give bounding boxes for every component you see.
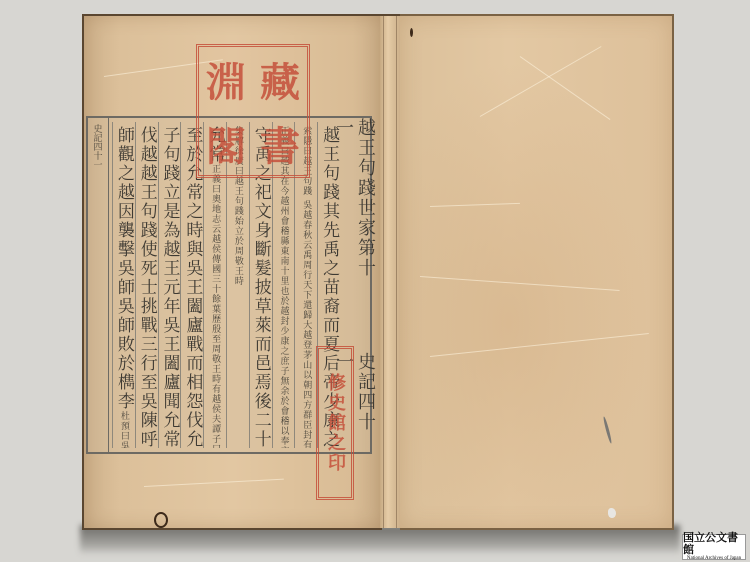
- paper-crease: [420, 276, 620, 291]
- text-column: 師觀之越因襲擊吳師吳師敗於檇李 杜預曰吳郡嘉興縣南有檇李城: [112, 122, 135, 448]
- open-book: 史記四十一 越王句踐其先禹之苗裔而夏后帝少康之庶子也 索隱曰越王句踐 吳越春秋云…: [82, 14, 672, 526]
- collector-seal-large: 淵 藏 閣 書: [196, 44, 310, 178]
- paper-tear: [608, 508, 616, 518]
- watermark-japanese: 国立公文書館: [683, 532, 745, 556]
- ink-mark: [410, 28, 413, 37]
- chapter-title: 越王句踐世家第十一: [332, 118, 376, 292]
- archive-watermark: 国立公文書館 National Archives of Japan: [682, 534, 746, 560]
- right-page-blank: [400, 14, 674, 530]
- paper-crease: [480, 46, 602, 117]
- collector-seal-small: 修史館之印: [316, 346, 354, 500]
- worm-hole: [602, 416, 612, 444]
- book-spine-fold: [380, 14, 400, 528]
- margin-column: 史記四十一: [86, 118, 109, 452]
- paper-crease: [144, 479, 284, 487]
- margin-note: 史記四十一: [91, 124, 104, 452]
- ink-stain: [154, 512, 168, 528]
- left-page: 史記四十一 越王句踐其先禹之苗裔而夏后帝少康之庶子也 索隱曰越王句踐 吳越春秋云…: [82, 14, 382, 530]
- text-column: 伐越越王句踐使死士挑戰三行至吳陳呼而自剄吳: [135, 122, 158, 448]
- watermark-english: National Archives of Japan: [687, 556, 741, 562]
- paper-crease: [430, 203, 520, 207]
- paper-crease: [430, 333, 649, 357]
- text-column: 子句踐立是為越王元年吳王闔廬聞允常死乃興師: [158, 122, 181, 448]
